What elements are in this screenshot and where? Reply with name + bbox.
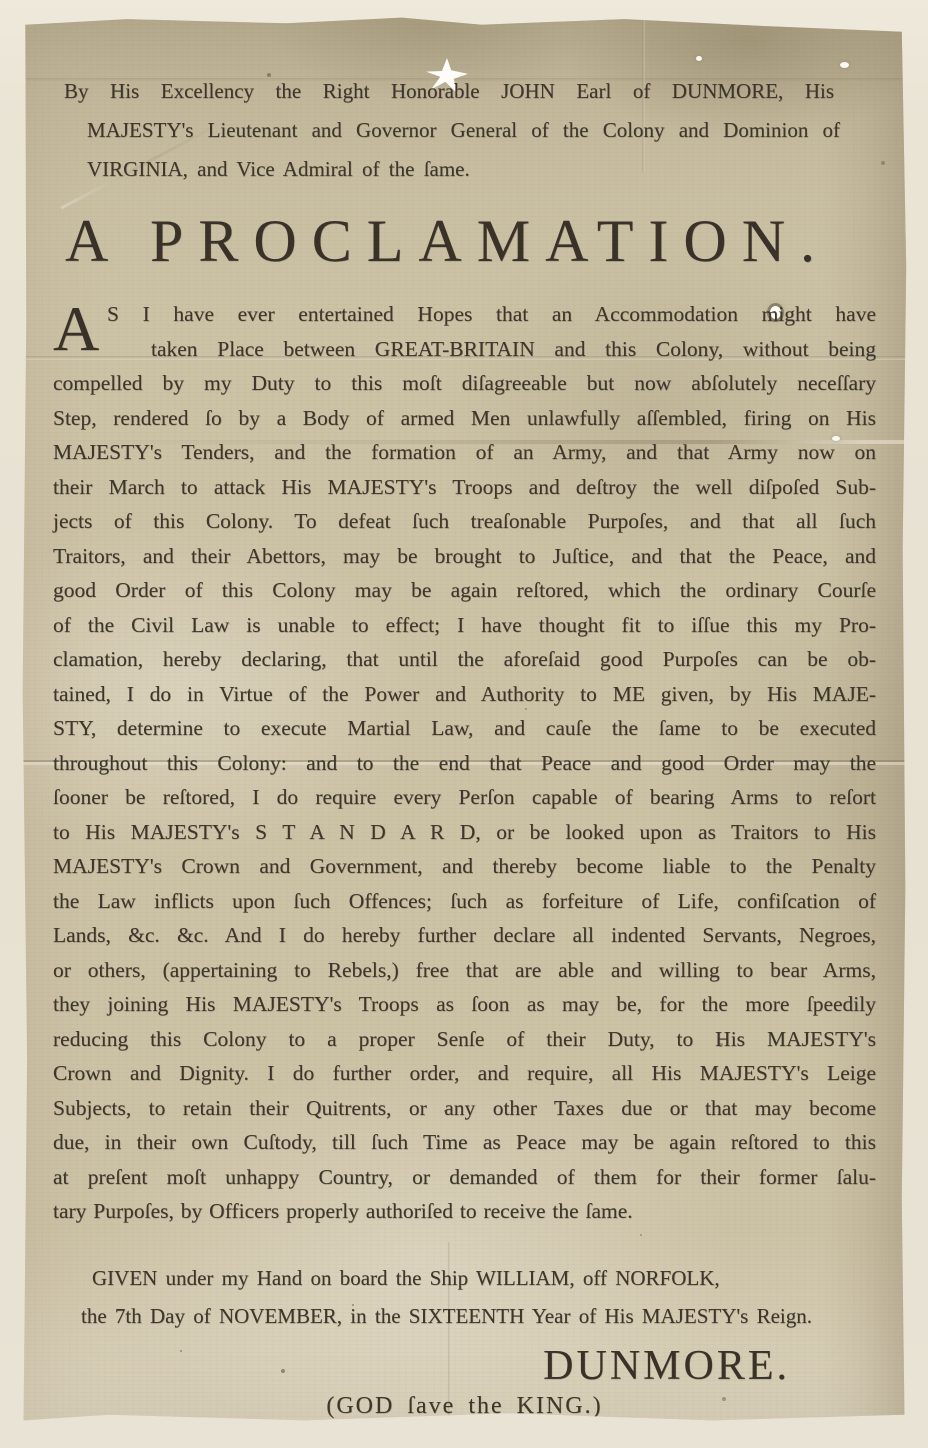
body-line: the Law inflicts upon ſuch Offences; ſuc…	[53, 884, 876, 919]
body-line: jects of this Colony. To defeat ſuch tre…	[53, 504, 876, 539]
paper-sheet: By His Excellency the Right Honorable JO…	[20, 12, 908, 1426]
body-line: due, in their own Cuſtody, till ſuch Tim…	[53, 1125, 876, 1160]
paper-foxing-specks	[20, 12, 22, 14]
masthead-line: MAJESTY's Lieutenant and Governor Genera…	[87, 111, 840, 150]
scanned-document: By His Excellency the Right Honorable JO…	[0, 0, 928, 1448]
proclamation-body: A S I have ever entertained Hopes that a…	[53, 297, 876, 1229]
body-line: S I have ever entertained Hopes that an …	[53, 297, 876, 332]
proclamation-title: A PROCLAMATION.	[53, 209, 876, 273]
masthead: By His Excellency the Right Honorable JO…	[53, 72, 876, 189]
body-line: reducing this Colony to a proper Senſe o…	[53, 1022, 876, 1057]
body-line: taken Place between GREAT-BRITAIN and th…	[53, 332, 876, 367]
body-line: Subjects, to retain their Quitrents, or …	[53, 1091, 876, 1126]
dateline-line: GIVEN under my Hand on board the Ship WI…	[53, 1259, 876, 1297]
printed-content: By His Excellency the Right Honorable JO…	[53, 12, 876, 1426]
signature-dunmore: DUNMORE.	[53, 1343, 876, 1389]
body-line: of the Civil Law is unable to effect; I …	[53, 608, 876, 643]
body-line: tained, I do in Virtue of the Power and …	[53, 677, 876, 712]
dateline: GIVEN under my Hand on board the Ship WI…	[53, 1259, 876, 1335]
body-line: their March to attack His MAJESTY's Troo…	[53, 470, 876, 505]
body-line: ſooner be reſtored, I do require every P…	[53, 780, 876, 815]
body-line: compelled by my Duty to this moſt diſagr…	[53, 366, 876, 401]
body-line: STY, determine to execute Martial Law, a…	[53, 711, 876, 746]
body-line: MAJESTY's Crown and Government, and ther…	[53, 849, 876, 884]
dateline-line: the 7th Day of NOVEMBER, in the SIXTEENT…	[53, 1297, 876, 1335]
drop-cap: A	[53, 300, 99, 358]
masthead-line: By His Excellency the Right Honorable JO…	[64, 72, 834, 111]
body-line: MAJESTY's Tenders, and the formation of …	[53, 435, 876, 470]
body-line: or others, (appertaining to Rebels,) fre…	[53, 953, 876, 988]
body-line: throughout this Colony: and to the end t…	[53, 746, 876, 781]
body-line: Traitors, and their Abettors, may be bro…	[53, 539, 876, 574]
body-line: clamation, hereby declaring, that until …	[53, 642, 876, 677]
body-line: tary Purpoſes, by Officers properly auth…	[53, 1194, 876, 1229]
body-line: Step, rendered ſo by a Body of armed Men…	[53, 401, 876, 436]
body-line: they joining His MAJESTY's Troops as ſoo…	[53, 987, 876, 1022]
masthead-line: VIRGINIA, and Vice Admiral of the ſame.	[87, 150, 876, 189]
closing-motto: (GOD ſave the KING.)	[53, 1393, 876, 1420]
body-line: to His MAJESTY's S T A N D A R D, or be …	[53, 815, 876, 850]
body-line: Crown and Dignity. I do further order, a…	[53, 1056, 876, 1091]
body-line: good Order of this Colony may be again r…	[53, 573, 876, 608]
body-line: Lands, &c. &c. And I do hereby further d…	[53, 918, 876, 953]
body-line: at preſent moſt unhappy Country, or dema…	[53, 1160, 876, 1195]
